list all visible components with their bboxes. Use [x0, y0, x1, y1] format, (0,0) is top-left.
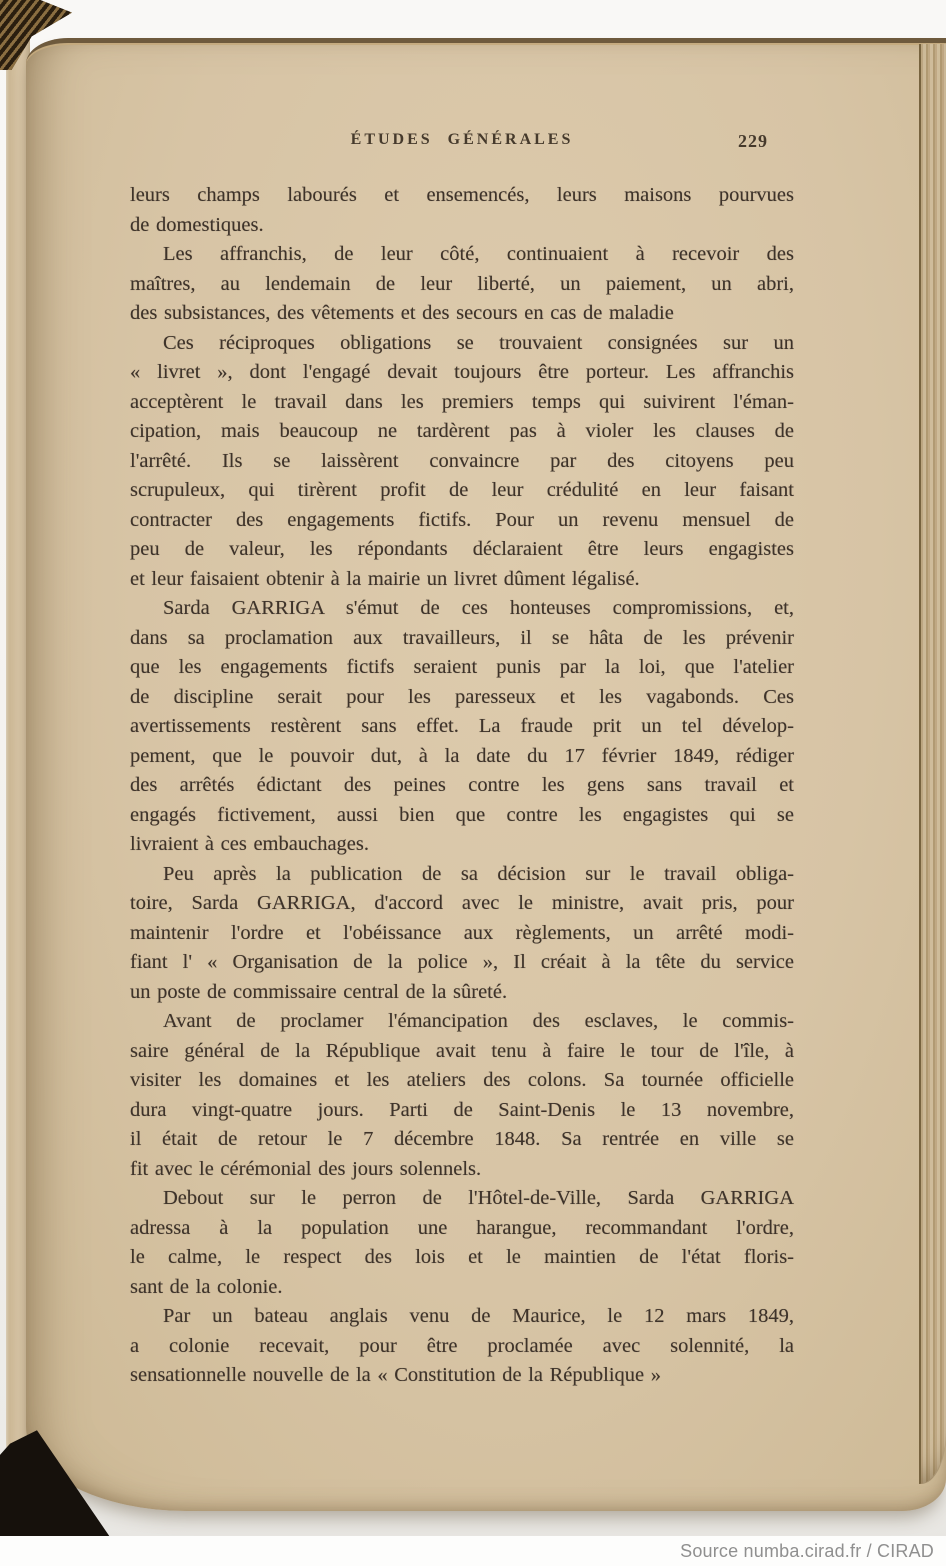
paragraph: Debout sur le perron de l'Hôtel-de-Ville… — [130, 1184, 794, 1302]
text-line: scrupuleux, qui tirèrent profit de leur … — [130, 476, 794, 506]
text-line: contracter des engagements fictifs. Pour… — [130, 506, 794, 536]
text-line: de discipline serait pour les paresseux … — [130, 683, 794, 713]
text-line: pement, que le pouvoir dut, à la date du… — [130, 742, 794, 772]
paragraph: Sarda GARRIGA s'émut de ces honteuses co… — [130, 594, 794, 860]
text-line: peu de valeur, les répondants déclaraien… — [130, 535, 794, 565]
header-title: ÉTUDES GÉNÉRALES — [130, 131, 794, 149]
page-number: 229 — [738, 131, 768, 152]
text-line: « livret », dont l'engagé devait toujour… — [130, 358, 794, 388]
text-line: sensationnelle nouvelle de la « Constitu… — [130, 1361, 794, 1391]
text-line: fiant l' « Organisation de la police », … — [130, 948, 794, 978]
text-line: et leur faisaient obtenir à la mairie un… — [130, 565, 794, 595]
text-line: il était de retour le 7 décembre 1848. S… — [130, 1125, 794, 1155]
text-line: livraient à ces embauchages. — [130, 830, 794, 860]
paragraph: leurs champs labourés et ensemencés, leu… — [130, 181, 794, 240]
text-block: leurs champs labourés et ensemencés, leu… — [130, 181, 794, 1391]
text-line: Par un bateau anglais venu de Maurice, l… — [130, 1302, 794, 1332]
text-line: Les affranchis, de leur côté, continuaie… — [130, 240, 794, 270]
text-line: visiter les domaines et les ateliers des… — [130, 1066, 794, 1096]
text-line: Debout sur le perron de l'Hôtel-de-Ville… — [130, 1184, 794, 1214]
text-line: maîtres, au lendemain de leur liberté, u… — [130, 270, 794, 300]
text-line: maintenir l'ordre et l'obéissance aux rè… — [130, 919, 794, 949]
text-line: que les engagements fictifs seraient pun… — [130, 653, 794, 683]
footer-bar: Source numba.cirad.fr / CIRAD — [0, 1536, 946, 1566]
fore-edge-page-stack — [919, 44, 946, 1484]
text-line: cipation, mais beaucoup ne tardèrent pas… — [130, 417, 794, 447]
text-line: sant de la colonie. — [130, 1273, 794, 1303]
running-header: ÉTUDES GÉNÉRALES 229 — [130, 131, 794, 157]
text-line: engagés fictivement, aussi bien que cont… — [130, 801, 794, 831]
text-line: saire général de la République avait ten… — [130, 1037, 794, 1067]
paragraph: Ces réciproques obligations se trouvaien… — [130, 329, 794, 595]
paragraph: Peu après la publication de sa décision … — [130, 860, 794, 1008]
text-line: un poste de commissaire central de la sû… — [130, 978, 794, 1008]
text-line: des subsistances, des vêtements et des s… — [130, 299, 794, 329]
text-line: fit avec le cérémonial des jours solenne… — [130, 1155, 794, 1185]
text-line: acceptèrent le travail dans les premiers… — [130, 388, 794, 418]
source-credit: Source numba.cirad.fr / CIRAD — [680, 1541, 934, 1562]
text-line: Avant de proclamer l'émancipation des es… — [130, 1007, 794, 1037]
text-line: de domestiques. — [130, 211, 794, 241]
text-line: avertissements restèrent sans effet. La … — [130, 712, 794, 742]
text-line: a colonie recevait, pour être proclamée … — [130, 1332, 794, 1362]
text-line: l'arrêté. Ils se laissèrent convaincre p… — [130, 447, 794, 477]
text-line: dans sa proclamation aux travailleurs, i… — [130, 624, 794, 654]
text-line: adressa à la population une harangue, re… — [130, 1214, 794, 1244]
text-line: le calme, le respect des lois et le main… — [130, 1243, 794, 1273]
text-line: toire, Sarda GARRIGA, d'accord avec le m… — [130, 889, 794, 919]
text-line: leurs champs labourés et ensemencés, leu… — [130, 181, 794, 211]
paragraph: Les affranchis, de leur côté, continuaie… — [130, 240, 794, 329]
book-page: ÉTUDES GÉNÉRALES 229 leurs champs labour… — [26, 38, 946, 1511]
paragraph: Avant de proclamer l'émancipation des es… — [130, 1007, 794, 1184]
paragraph: Par un bateau anglais venu de Maurice, l… — [130, 1302, 794, 1391]
text-line: Ces réciproques obligations se trouvaien… — [130, 329, 794, 359]
text-line: Peu après la publication de sa décision … — [130, 860, 794, 890]
text-line: des arrêtés édictant des peines contre l… — [130, 771, 794, 801]
text-line: dura vingt-quatre jours. Parti de Saint-… — [130, 1096, 794, 1126]
text-line: Sarda GARRIGA s'émut de ces honteuses co… — [130, 594, 794, 624]
